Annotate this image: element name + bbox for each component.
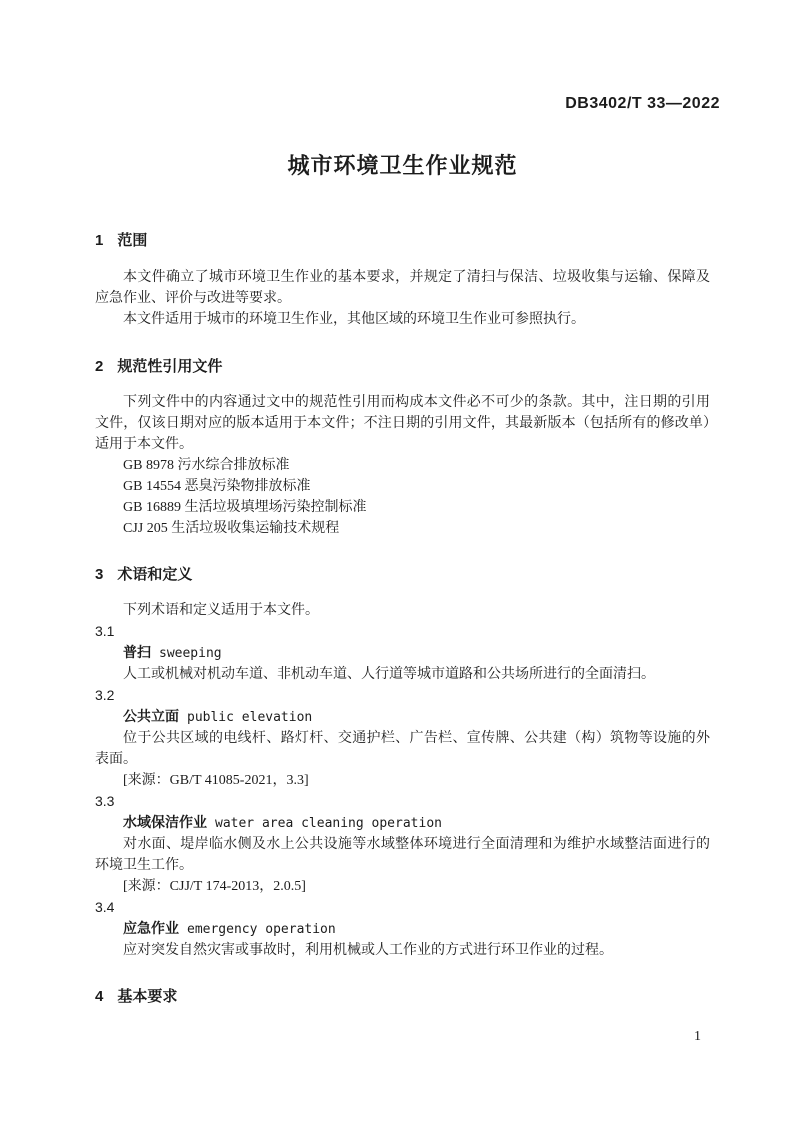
section-2-number: 2: [95, 358, 103, 375]
term-definition: 人工或机械对机动车道、非机动车道、人行道等城市道路和公共场所进行的全面清扫。: [95, 664, 710, 685]
term-name-en: emergency operation: [187, 922, 336, 937]
reference-item: CJJ 205 生活垃圾收集运输技术规程: [95, 518, 710, 539]
term-3-3: 3.3 水域保洁作业water area cleaning operation …: [95, 791, 710, 897]
section-2-heading: 2规范性引用文件: [95, 356, 710, 377]
term-name-zh: 公共立面: [123, 708, 179, 724]
term-title: 普扫sweeping: [95, 642, 710, 664]
section-1-heading: 1范围: [95, 230, 710, 251]
term-number: 3.1: [95, 621, 710, 642]
terms-intro: 下列术语和定义适用于本文件。: [95, 600, 710, 621]
section-4-number: 4: [95, 988, 103, 1005]
page-number: 1: [694, 1030, 701, 1044]
term-definition: 位于公共区域的电线杆、路灯杆、交通护栏、广告栏、宣传牌、公共建（构）筑物等设施的…: [95, 728, 710, 770]
section-4-title: 基本要求: [117, 988, 177, 1005]
term-title: 公共立面public elevation: [95, 706, 710, 728]
reference-item: GB 16889 生活垃圾填埋场污染控制标准: [95, 497, 710, 518]
term-3-4: 3.4 应急作业emergency operation 应对突发自然灾害或事故时…: [95, 897, 710, 961]
section-1-title: 范围: [117, 232, 147, 249]
term-number: 3.3: [95, 791, 710, 812]
term-name-en: public elevation: [187, 710, 312, 725]
section-2-title: 规范性引用文件: [117, 358, 222, 375]
term-source: [来源：GB/T 41085-2021，3.3]: [95, 770, 710, 791]
term-definition: 对水面、堤岸临水侧及水上公共设施等水域整体环境进行全面清理和为维护水域整洁面进行…: [95, 834, 710, 876]
document-code: DB3402/T 33—2022: [0, 96, 720, 112]
document-body: 1范围 本文件确立了城市环境卫生作业的基本要求，并规定了清扫与保洁、垃圾收集与运…: [0, 230, 793, 1007]
term-name-en: sweeping: [159, 646, 222, 661]
term-name-zh: 普扫: [123, 644, 151, 660]
reference-item: GB 8978 污水综合排放标准: [95, 455, 710, 476]
term-source: [来源：CJJ/T 174-2013，2.0.5]: [95, 876, 710, 897]
scope-paragraph-1: 本文件确立了城市环境卫生作业的基本要求，并规定了清扫与保洁、垃圾收集与运输、保障…: [95, 267, 710, 309]
section-3-number: 3: [95, 566, 103, 583]
term-name-zh: 应急作业: [123, 920, 179, 936]
section-3-title: 术语和定义: [117, 566, 192, 583]
term-3-2: 3.2 公共立面public elevation 位于公共区域的电线杆、路灯杆、…: [95, 685, 710, 791]
term-3-1: 3.1 普扫sweeping 人工或机械对机动车道、非机动车道、人行道等城市道路…: [95, 621, 710, 685]
document-title: 城市环境卫生作业规范: [95, 152, 710, 180]
normative-references-paragraph: 下列文件中的内容通过文中的规范性引用而构成本文件必不可少的条款。其中，注日期的引…: [95, 392, 710, 455]
term-number: 3.4: [95, 897, 710, 918]
section-1-number: 1: [95, 232, 103, 249]
term-name-zh: 水域保洁作业: [123, 814, 207, 830]
term-title: 应急作业emergency operation: [95, 918, 710, 940]
section-3-heading: 3术语和定义: [95, 564, 710, 585]
scope-paragraph-2: 本文件适用于城市的环境卫生作业，其他区域的环境卫生作业可参照执行。: [95, 309, 710, 330]
term-name-en: water area cleaning operation: [215, 816, 442, 831]
term-definition: 应对突发自然灾害或事故时，利用机械或人工作业的方式进行环卫作业的过程。: [95, 940, 710, 961]
term-number: 3.2: [95, 685, 710, 706]
reference-item: GB 14554 恶臭污染物排放标准: [95, 476, 710, 497]
term-title: 水域保洁作业water area cleaning operation: [95, 812, 710, 834]
document-page: DB3402/T 33—2022 城市环境卫生作业规范 1范围 本文件确立了城市…: [0, 0, 793, 1122]
section-4-heading: 4基本要求: [95, 986, 710, 1007]
